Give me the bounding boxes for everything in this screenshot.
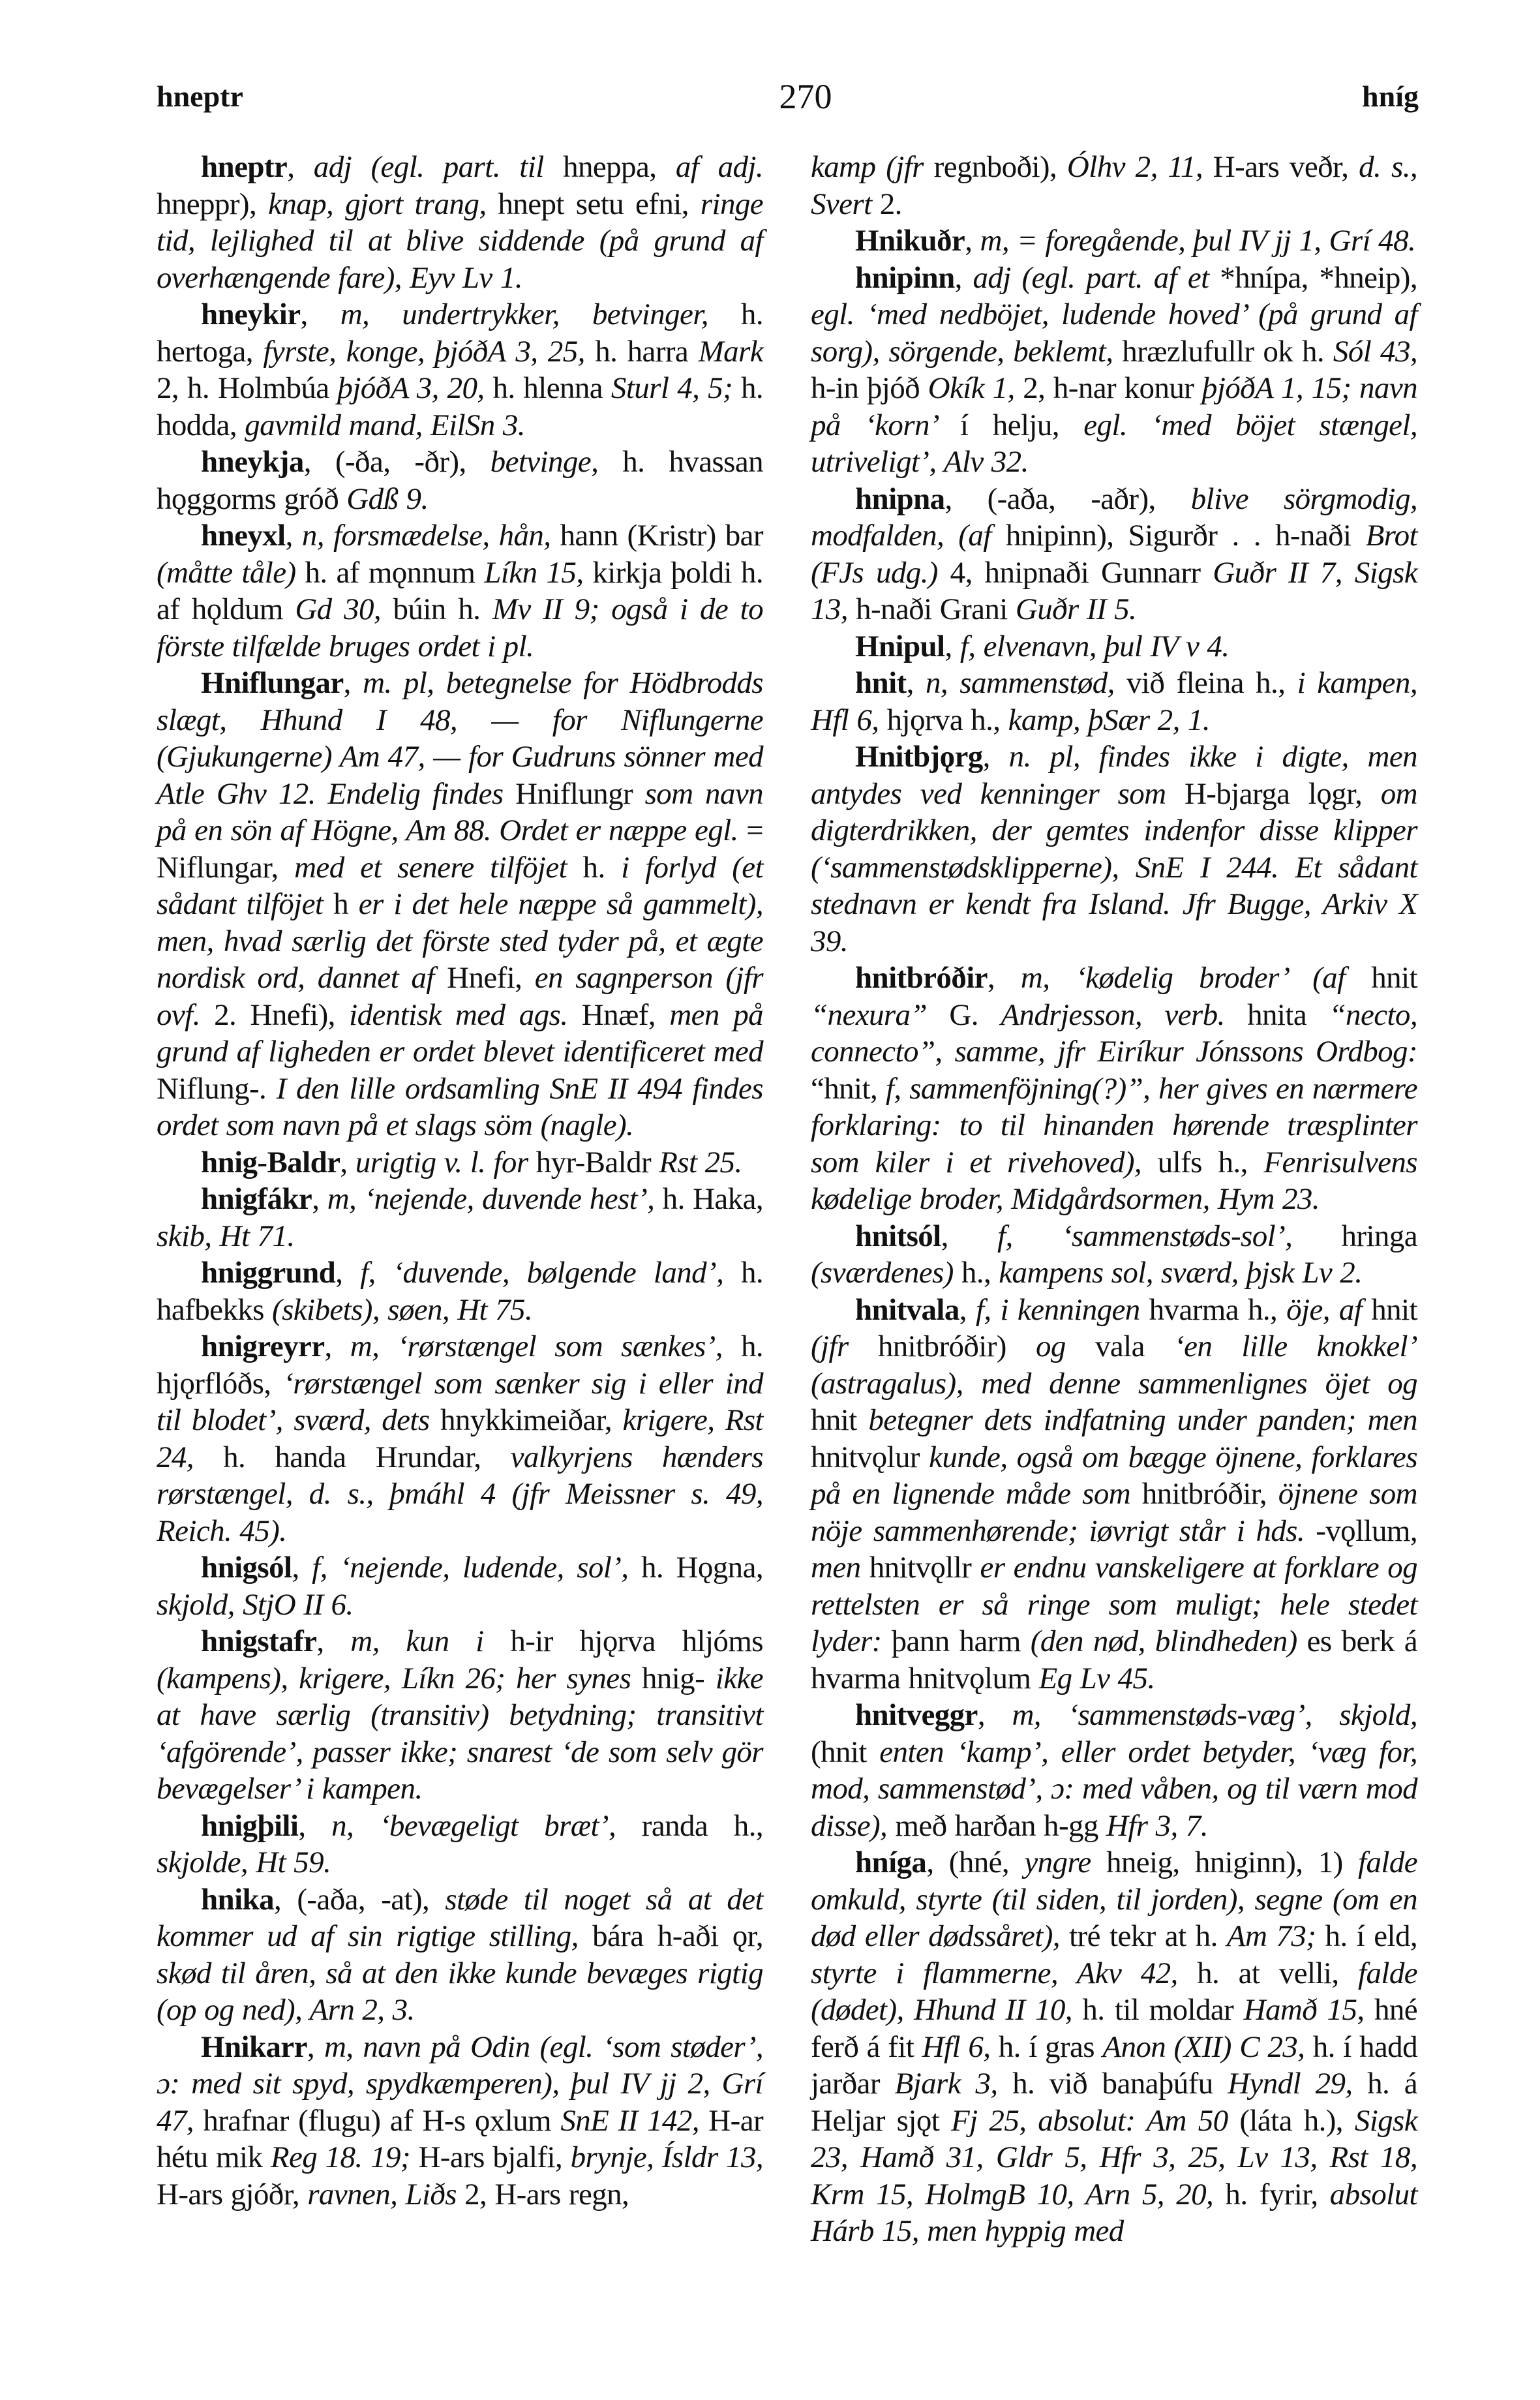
dictionary-entry: Hnipul, f, elvenavn, þul IV v 4. [811,628,1417,665]
citation-text: H-ars bjalfi, [418,2140,570,2174]
citation-text: vala [1095,1329,1174,1363]
citation-text: , [945,630,960,663]
headword: hnigstafr [201,1624,316,1658]
citation-text: , [340,1146,355,1179]
citation-text: hneppr), [157,187,268,221]
citation-text: tré tekr at h. [1069,1919,1227,1953]
definition-text: med et senere tilföjet [294,851,582,885]
citation-text: ulfs h., [1158,1146,1264,1179]
citation-text: (láta h.), [1239,2104,1354,2138]
headword: hneptr [201,150,287,184]
definition-text: Anon (XII) C 23, [1102,2030,1312,2064]
citation-text: hnipinn), Sigurðr . . h-naði [1006,519,1366,553]
definition-text: gavmild mand, EilSn 3. [245,408,525,442]
dictionary-entry: hnika, (-aða, -at), støde til noget så a… [157,1881,763,2029]
definition-text: f, i kenningen [976,1293,1149,1327]
headword: hnigsól [201,1551,292,1585]
citation-text: hvarma h., [1149,1293,1287,1327]
citation-text: , (-ða, -ðr), [304,445,491,479]
citation-text: hringa [1342,1219,1417,1253]
dictionary-entry: hnit, n, sammenstød, við fleina h., i ka… [811,665,1417,738]
citation-text: , [959,1293,976,1327]
citation-text: h-naði Grani [856,592,1016,626]
citation-text: H-ars veðr, [1213,150,1359,184]
headword: Hnipul [855,630,945,663]
dictionary-entry: Hnitbjǫrg, n. pl, findes ikke i digte, m… [811,738,1417,960]
headword: hnitveggr [855,1698,978,1732]
dictionary-entry: Hnikuðr, m, = foregående, þul IV jj 1, G… [811,222,1417,260]
definition-text: n, sammenstød, [926,666,1126,700]
definition-text: (sværdenes) [811,1256,961,1290]
definition-text: m, kun i [350,1624,510,1658]
headword: Hnikuðr [855,224,965,258]
running-head-right: hníg [1337,77,1419,116]
dictionary-entry: hneyxl, n, forsmædelse, hån, hann (Krist… [157,517,763,665]
definition-text: kamp, þSær 2, 1. [1008,703,1210,737]
citation-text: h. hlenna [492,371,611,405]
definition-text: Ólhv 2, 11, [1067,150,1213,184]
citation-text: h. í eld, [1325,1919,1417,1953]
definition-text: þjóðA 3, 20, [337,371,492,405]
definition-text: m, ‘rørstængel som sænkes’, [350,1329,741,1363]
headword: hniggrund [201,1256,335,1290]
citation-text: , [286,519,302,553]
citation-text: , (hné, [926,1846,1024,1879]
headword: hneykja [201,445,304,479]
headword: hnit [855,666,907,700]
headword: Hnitbjǫrg [855,740,983,774]
definition-text: (skibets), søen, Ht 75. [272,1293,532,1327]
dictionary-entry: hneykir, m, undertrykker, betvinger, h. … [157,296,763,444]
headword: hnika [201,1883,274,1917]
citation-text: 2. Hnefi), [214,998,349,1032]
citation-text: , [965,224,980,258]
definition-text: skib, Ht 71. [157,1219,295,1253]
definition-text: m, ‘nejende, duvende hest’, [327,1182,663,1216]
definition-text: Mark [699,335,763,369]
definition-text: m, undertrykker, betvinger, [340,297,741,331]
definition-text: ravnen, Liðs [307,2178,464,2211]
dictionary-entry: hnigreyrr, m, ‘rørstængel som sænkes’, h… [157,1328,763,1549]
definition-text: Rst 25. [659,1146,742,1179]
citation-text: búin h. [393,592,492,626]
citation-text: hnita [1247,998,1329,1032]
citation-text: G. [949,998,1001,1032]
citation-text: , [312,1182,327,1216]
dictionary-entry: Hnikarr, m, navn på Odin (egl. ‘som stød… [157,2029,763,2213]
dictionary-entry: hnitbróðir, m, ‘kødelig broder’ (af hnit… [811,960,1417,1218]
citation-text: , [978,1698,1012,1732]
definition-text: n, ‘bevægeligt bræt’, [331,1809,642,1843]
definition-text: n, forsmædelse, hån, [302,519,560,553]
definition-text: og [1036,1329,1095,1363]
citation-text: hrafnar (flugu) af H-s ǫxlum [203,2104,560,2138]
definition-text: Gd 30, [295,592,393,626]
definition-text: (den nød, blindheden) [1031,1624,1307,1658]
definition-text: skød til åren, så at den ikke kunde bevæ… [157,1956,763,2028]
citation-text: hnitvǫllr [869,1551,980,1585]
citation-text: , [316,1624,350,1658]
definition-text: (kampens), krigere, Líkn 26; her synes [157,1662,642,1695]
citation-text: hnykki­meiðar, [440,1403,623,1437]
citation-text: hnitbróðir) [878,1329,1036,1363]
definition-text: adj (egl. part. af et [973,261,1220,295]
citation-text: h. við banaþúfu [1012,2067,1228,2101]
headword: hnig-Baldr [201,1146,340,1179]
definition-text: kampens sol, sværd, þjsk Lv 2. [999,1256,1362,1290]
citation-text: h. í gras [999,2030,1103,2064]
citation-text: hnit [811,1403,868,1437]
headword: hnitvala [855,1293,959,1327]
citation-text: hneig, hniginn), 1) [1106,1846,1358,1879]
definition-text: skjolde, Ht 59. [157,1846,331,1879]
citation-text: hræzlufullr ok h. [1122,335,1333,369]
citation-text: í helju, [960,408,1083,442]
citation-text: Hnefi, [447,961,535,995]
definition-text: Hfr 3, 7. [1106,1809,1208,1843]
dictionary-entry: hnigþili, n, ‘bevægeligt bræt’, randa h.… [157,1808,763,1881]
citation-text: Hnæf, [582,998,670,1032]
definition-text: brynje, Ísldr 13, [571,2140,763,2174]
citation-text: hyr-Baldr [536,1146,659,1179]
page-number: 270 [753,77,858,116]
citation-text: regnboði), [934,150,1067,184]
definition-text: öje, af [1286,1293,1371,1327]
citation-text: , [941,1219,997,1253]
citation-text: 4, hnipnaði Gunnarr [950,556,1213,590]
citation-text: Hniflungr [515,777,645,811]
citation-text: h. at velli, [1197,1956,1358,1990]
headword: hnitsól [855,1219,941,1253]
citation-text: , [301,297,340,331]
dictionary-entry: hnipna, (-aða, -aðr), blive sörgmodig, m… [811,481,1417,628]
definition-text: Gdß 9. [346,482,428,516]
headword: hnipinn [855,261,955,295]
citation-text: , [335,1256,360,1290]
dictionary-entry: hnig-Baldr, urigtig v. l. for hyr-Baldr … [157,1144,763,1181]
headword: hnigþili [201,1809,298,1843]
definition-text: Fj 25, absolut: Am 50 [951,2104,1239,2138]
dictionary-entry: hneptr, adj (egl. part. til hneppa, af a… [157,149,763,296]
definition-text: urigtig v. l. for [355,1146,536,1179]
citation-text: hneppa, [563,150,676,184]
citation-text: (hnit [811,1735,879,1769]
citation-text: , (-aða, -at), [274,1883,445,1917]
dictionary-entry: hniggrund, f, ‘duvende, bølgende land’, … [157,1254,763,1328]
citation-text: 2, h-nar konur [1023,371,1202,405]
citation-text: , (-aða, -aðr), [945,482,1191,516]
definition-text: yngre [1024,1846,1106,1879]
citation-text: , [307,2030,324,2064]
citation-text: h. handa Hrundar, [223,1440,510,1474]
definition-text: styrte i flammerne, Akv 42, [811,1956,1197,1990]
citation-text: h. [583,851,622,885]
definition-text: f, ‘duvende, bølgende land’, [360,1256,741,1290]
citation-text: 2, H-ars regn, [464,2178,629,2211]
definition-text: Sturl 4, 5; [611,371,741,405]
dictionary-entry: hnigfákr, m, ‘nejende, duvende hest’, h.… [157,1181,763,1254]
definition-text: fyrste, konge, þjóðA 3, 25, [263,335,595,369]
citation-text: hnig- [642,1662,716,1695]
citation-text: hjǫrva h., [887,703,1008,737]
left-column: hneptr, adj (egl. part. til hneppa, af a… [157,149,763,2213]
definition-text: m, ‘kødelig broder’ (af [1021,961,1371,995]
citation-text: hnept setu efni, [498,187,700,221]
definition-text: SnE II 142, [560,2104,708,2138]
headword: hnitbróðir [855,961,988,995]
citation-text: , [298,1809,331,1843]
definition-text: Hamð 15, [1244,1993,1374,2027]
citation-text: h. harra [595,335,698,369]
definition-text: Sól 43, [1333,335,1417,369]
headword: Hnikarr [201,2030,307,2064]
definition-text: (jfr [811,1329,878,1363]
citation-text: H-ars gjóðr, [157,2178,307,2211]
citation-text: h. Haka, [663,1182,763,1216]
citation-text: h-ir hjǫrva hljóms [510,1624,763,1658]
definition-text: Eg Lv 45. [1038,1662,1155,1695]
citation-text: 2, h. Holmbúa [157,371,337,405]
headword: hneyxl [201,519,286,553]
definition-text: betegner dets indfatning under panden; m… [868,1403,1417,1437]
definition-text: Okík 1, [928,371,1023,405]
right-column: kamp (jfr regnboði), Ólhv 2, 11, H-ars v… [811,149,1417,2250]
definition-text: identisk med ags. [349,998,582,1032]
definition-text: m, = foregående, þul IV jj 1, Grí 48. [980,224,1416,258]
definition-text: knap, gjort trang, [268,187,498,221]
citation-text: Nifl­ung-. [157,1072,277,1106]
definition-text: f, elvenavn, þul IV v 4. [960,630,1230,663]
definition-text: f, ‘sammenstøds-sol’, [997,1219,1341,1253]
dictionary-entry: hnitsól, f, ‘sammenstøds-sol’, hringa (s… [811,1218,1417,1292]
definition-text: af adj. [676,150,763,184]
citation-text: hann (Kristr) bar [560,519,763,553]
citation-text: h [333,887,359,921]
citation-text: hnit [1371,1293,1417,1327]
citation-text: , [325,1329,350,1363]
headword: hnipna [855,482,945,516]
citation-text: H-bjarga lǫgr, [1185,777,1381,811]
dictionary-entry: hneykja, (-ða, -ðr), betvinge, h. hvassa… [157,444,763,517]
definition-text: m, ‘sammenstøds-væg’, skjold, [1012,1698,1417,1732]
citation-text: h. Hǫgna, [641,1551,763,1585]
citation-text: *hnípa, *hneip), [1220,261,1417,295]
citation-text: “hnit, [811,1072,886,1106]
citation-text: við fleina h., [1126,666,1297,700]
citation-text: , [292,1551,312,1585]
dictionary-entry: hnigsól, f, ‘nejende, ludende, sol’, h. … [157,1549,763,1623]
dictionary-entry: hnipinn, adj (egl. part. af et *hnípa, *… [811,260,1417,481]
citation-text: randa h., [642,1809,763,1843]
running-head-left: hneptr [157,77,243,116]
definition-text: kamp (jfr [811,150,934,184]
definition-text: adj (egl. part. til [314,150,563,184]
citation-text: h. fyrir, [1225,2178,1329,2211]
definition-text: men [811,1551,869,1585]
dictionary-entry: hnitvala, f, i kenningen hvarma h., öje,… [811,1292,1417,1697]
citation-text: hnitvǫlur [811,1440,929,1474]
headword: hnigreyrr [201,1329,325,1363]
definition-text: Líkn 15, [484,556,592,590]
dictionary-entry: hnigstafr, m, kun i h-ir hjǫrva hljóms (… [157,1623,763,1808]
citation-text: , [988,961,1021,995]
headword: Hniflungar [201,666,344,700]
dictionary-entry: Hniflungar, m. pl, betegnelse for Hödbro… [157,665,763,1144]
citation-text: með harðan h-gg [895,1809,1106,1843]
definition-text: Guðr II 5. [1016,592,1136,626]
citation-text: , [907,666,926,700]
definition-text: Hfl 6, [922,2030,999,2064]
citation-text: , [955,261,973,295]
citation-text: , [983,740,1009,774]
citation-text: hnitbróðir, [1142,1477,1278,1511]
definition-text: betvinge, [491,445,623,479]
dictionary-entry: hnitveggr, m, ‘sammenstøds-væg’, skjold,… [811,1697,1417,1844]
definition-text: Hyndl 29, [1228,2067,1367,2101]
citation-text: h., [961,1256,999,1290]
headword: hnigfákr [201,1182,312,1216]
definition-text: “nexura” [811,998,949,1032]
citation-text: h-in þjóð [811,371,928,405]
headword: hníga [855,1846,926,1879]
definition-text: Reg 18. 19; [271,2140,419,2174]
definition-text: f, ‘nejende, ludende, sol’, [312,1551,641,1585]
definition-text: skjold, StjO II 6. [157,1588,354,1622]
definition-text: Am 73; [1227,1919,1325,1953]
dictionary-entry: kamp (jfr regnboði), Ólhv 2, 11, H-ars v… [811,149,1417,222]
citation-text: bára h-aði ǫr, [592,1919,763,1953]
citation-text: hnit [1371,961,1417,995]
citation-text: -vǫllum, [1316,1514,1417,1548]
citation-text: , [344,666,363,700]
definition-text: (måtte tåle) [157,556,305,590]
citation-text: h. af mǫnnum [305,556,485,590]
citation-text: 2. [880,187,902,221]
citation-text: h. til moldar [1082,1993,1243,2027]
definition-text: Andrjesson, verb. [1001,998,1247,1032]
dictionary-entry: hníga, (hné, yngre hneig, hniginn), 1) f… [811,1844,1417,2250]
headword: hneykir [201,297,301,331]
definition-text: Bjark 3, [895,2067,1013,2101]
citation-text: , [287,150,314,184]
citation-text: þann harm [892,1624,1031,1658]
